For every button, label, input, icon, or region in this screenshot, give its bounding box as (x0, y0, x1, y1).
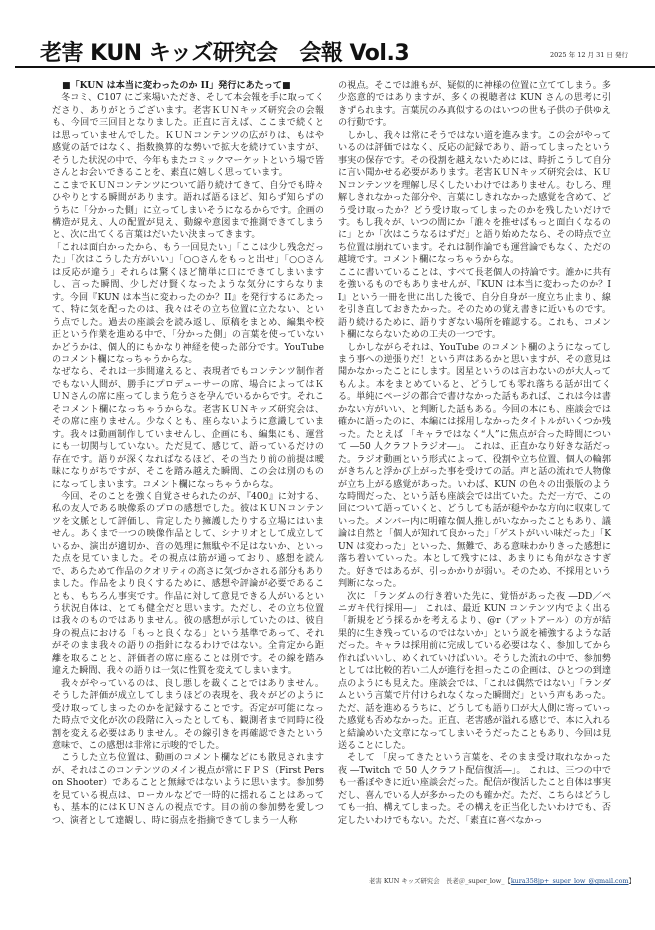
paragraph: しかしながらそれは、YouTube のコメント欄のようになってしまう事への逆張り… (338, 342, 611, 591)
paragraph: ここに書いていることは、すべて長老個人の持論です。誰かに共有を強いるものでもあり… (338, 267, 611, 342)
title-volume: 会報 Vol.3 (299, 41, 409, 66)
title-org-name: 老害 KUN キッズ研究会 (40, 41, 277, 66)
footer-author: 老害 KUN キッズ研究会 長老＠_super_low_ (369, 877, 504, 885)
paragraph: ここまでＫＵＮコンテンツについて語り続けてきて、自分でも時々ひやりとする瞬間があ… (52, 180, 324, 242)
paragraph: 今回、そのことを強く自覚させられたのが、『400』に対する、私の友人である映像系… (52, 491, 324, 678)
newsletter-page: 老害 KUN キッズ研究会会報 Vol.3 2025 年 12 月 31 日 発… (0, 0, 655, 930)
header-divider (15, 66, 655, 68)
paragraph: 我々がやっているのは、良し悪しを裁くことではありません。そうした評価が成立してし… (52, 678, 324, 753)
paragraph: 次に 「ランダムの行き着いた先に、覚悟があった夜 ―DD／ペニガキ代行採用―」 … (338, 591, 611, 753)
issue-date: 2025 年 12 月 31 日 発行 (550, 50, 628, 59)
article-column-left: ■「KUN は本当に変わったのか II」発行にあたって■ 冬コミ、C107 にご… (52, 80, 324, 827)
contact-email-link[interactable]: kura358jp+_super_low_@gmail.com (511, 877, 629, 885)
newsletter-title: 老害 KUN キッズ研究会会報 Vol.3 (40, 36, 409, 67)
paragraph: の視点。そこでは誰もが、疑似的に神様の位置に立ててしまう。多少恣意的ではあります… (338, 80, 611, 130)
article-column-right: の視点。そこでは誰もが、疑似的に神様の位置に立ててしまう。多少恣意的ではあります… (338, 80, 611, 827)
article-heading: ■「KUN は本当に変わったのか II」発行にあたって■ (52, 80, 324, 92)
footer-bracket-close: 】 (629, 877, 635, 885)
paragraph: なぜなら、それは一歩間違えると、表現者でもコンテンツ制作者でもない人間が、勝手に… (52, 366, 324, 491)
paragraph: こうした立ち位置は、動画のコメント欄などにも散見されますが、それはこのコンテンツ… (52, 752, 324, 827)
paragraph: しかし、我々は常にそうではない道を進みます。この会がやっているのは評価ではなく、… (338, 130, 611, 267)
paragraph: そして 「戻ってきたという言葉を、そのまま受け取れなかった夜 ―Twitch で… (338, 752, 611, 827)
footer-credit: 老害 KUN キッズ研究会 長老＠_super_low_【kura358jp+_… (369, 876, 635, 885)
masthead: 老害 KUN キッズ研究会会報 Vol.3 2025 年 12 月 31 日 発… (40, 32, 640, 66)
paragraph: 「これは面白かったから、もう一回見たい」「ここは少し残念だった」「次はこうした方… (52, 242, 324, 367)
paragraph: 冬コミ、C107 にご来場いただき、そして本会報を手に取ってくださり、ありがとう… (52, 92, 324, 179)
